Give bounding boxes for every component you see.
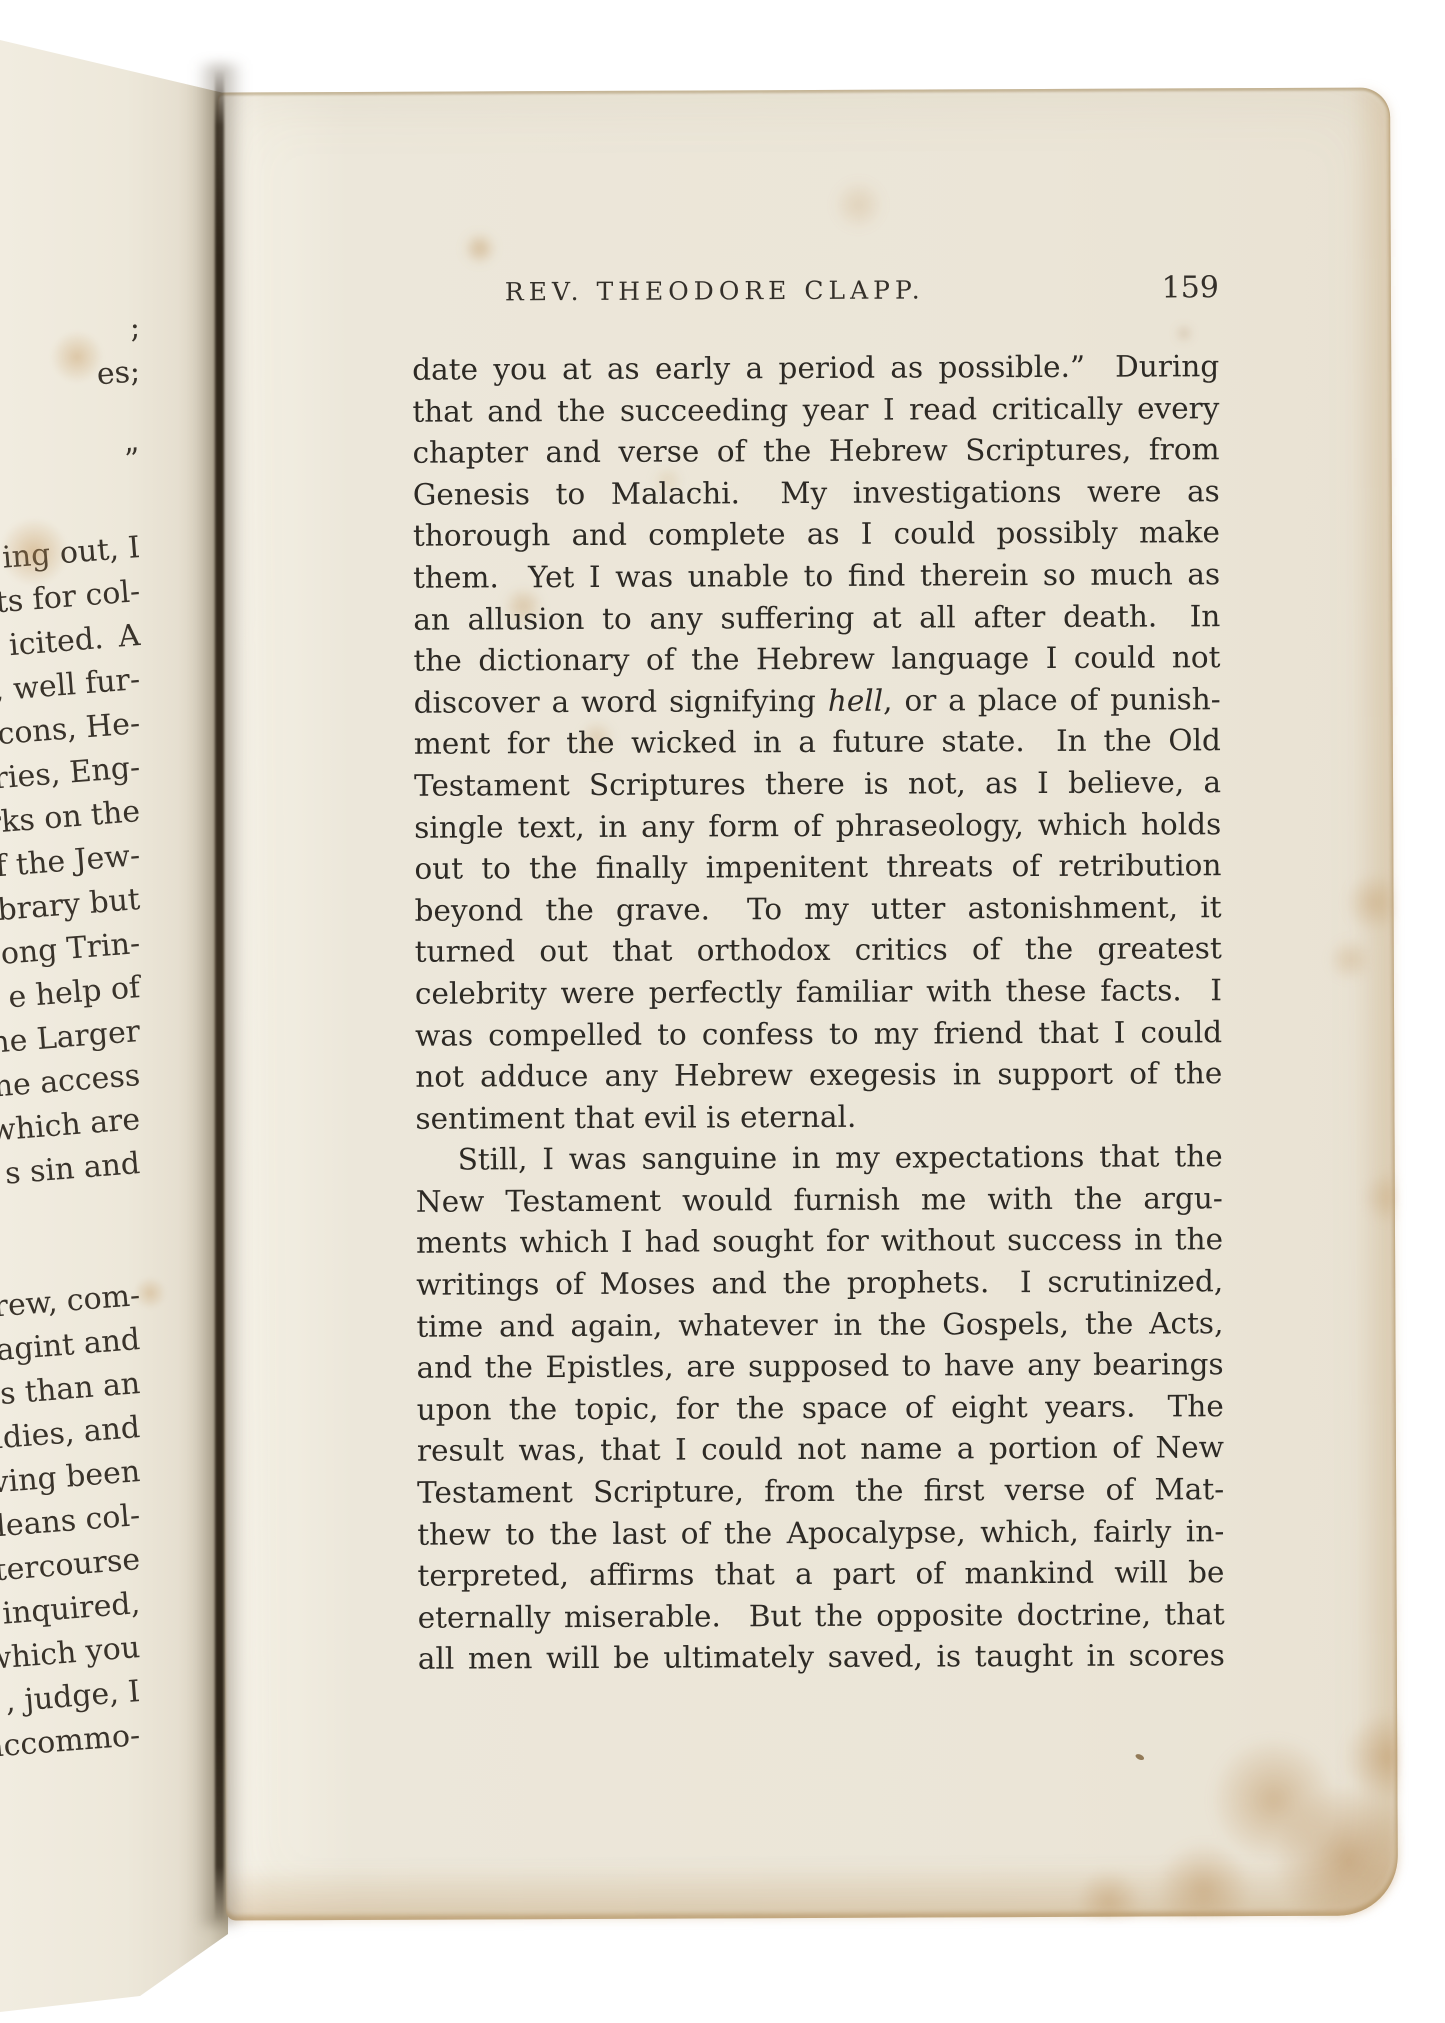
page-number: 159 xyxy=(1147,270,1219,305)
text-line: New Testament would furnish me with the … xyxy=(416,1178,1223,1223)
text-line: discover a word signifying hell, or a pl… xyxy=(414,679,1221,724)
text-line: terpreted, affirms that a part of mankin… xyxy=(417,1552,1224,1597)
text-line: was compelled to confess to my friend th… xyxy=(415,1012,1222,1057)
text-line: eternally miserable. But the opposite do… xyxy=(418,1594,1225,1639)
text-line: out to the finally impenitent threats of… xyxy=(414,845,1221,890)
text-line: sentiment that evil is eternal. xyxy=(415,1095,1222,1140)
text-line: result was, that I could not name a port… xyxy=(417,1428,1224,1473)
text-line: all men will be ultimately saved, is tau… xyxy=(418,1636,1225,1681)
text-line: Testament Scripture, from the first vers… xyxy=(417,1469,1224,1514)
text-line: that and the succeeding year I read crit… xyxy=(412,388,1219,433)
text-line: Genesis to Malachi. My investigations we… xyxy=(413,471,1220,516)
left-page: ;es; ” ing out, Its for col-icited. A, w… xyxy=(0,0,228,2023)
text-line: time and again, whatever in the Gospels,… xyxy=(416,1303,1223,1348)
text-line: date you at as early a period as possibl… xyxy=(412,346,1219,391)
text-line: the dictionary of the Hebrew language I … xyxy=(413,637,1220,682)
book-photo: ;es; ” ing out, Its for col-icited. A, w… xyxy=(0,0,1445,2023)
running-header: REV. THEODORE CLAPP. xyxy=(505,275,925,306)
text-line: turned out that orthodox critics of the … xyxy=(415,929,1222,974)
left-page-text: ;es; ” ing out, Its for col-icited. A, w… xyxy=(0,306,140,1758)
text-segment: , or a place of punish- xyxy=(883,682,1221,717)
text-line: an allusion to any suffering at all afte… xyxy=(413,596,1220,641)
text-line: celebrity were perfectly familiar with t… xyxy=(415,970,1222,1015)
text-segment: discover a word signifying xyxy=(414,684,828,720)
text-line: not adduce any Hebrew exegesis in suppor… xyxy=(415,1053,1222,1098)
text-line: ment for the wicked in a future state. I… xyxy=(414,721,1221,766)
text-line: writings of Moses and the prophets. I sc… xyxy=(416,1261,1223,1306)
text-line: ments which I had sought for without suc… xyxy=(416,1220,1223,1265)
page-body: date you at as early a period as possibl… xyxy=(412,346,1225,1681)
text-line: single text, in any form of phraseology,… xyxy=(414,804,1221,849)
text-line: thew to the last of the Apocalypse, whic… xyxy=(417,1511,1224,1556)
text-line: and the Epistles, are supposed to have a… xyxy=(416,1344,1223,1389)
paper-speck xyxy=(1135,1753,1145,1761)
italic-word: hell xyxy=(828,683,883,717)
text-line: accommo- xyxy=(0,1714,142,1783)
text-line: them. Yet I was unable to find therein s… xyxy=(413,554,1220,599)
text-line: thorough and complete as I could possibl… xyxy=(413,513,1220,558)
text-line: Testament Scriptures there is not, as I … xyxy=(414,762,1221,807)
text-line: Still, I was sanguine in my expectations… xyxy=(416,1136,1223,1181)
text-line: upon the topic, for the space of eight y… xyxy=(417,1386,1224,1431)
right-page: REV. THEODORE CLAPP. 159 date you at as … xyxy=(218,87,1398,1920)
text-line: chapter and verse of the Hebrew Scriptur… xyxy=(413,429,1220,474)
text-line: beyond the grave. To my utter astonishme… xyxy=(415,887,1222,932)
